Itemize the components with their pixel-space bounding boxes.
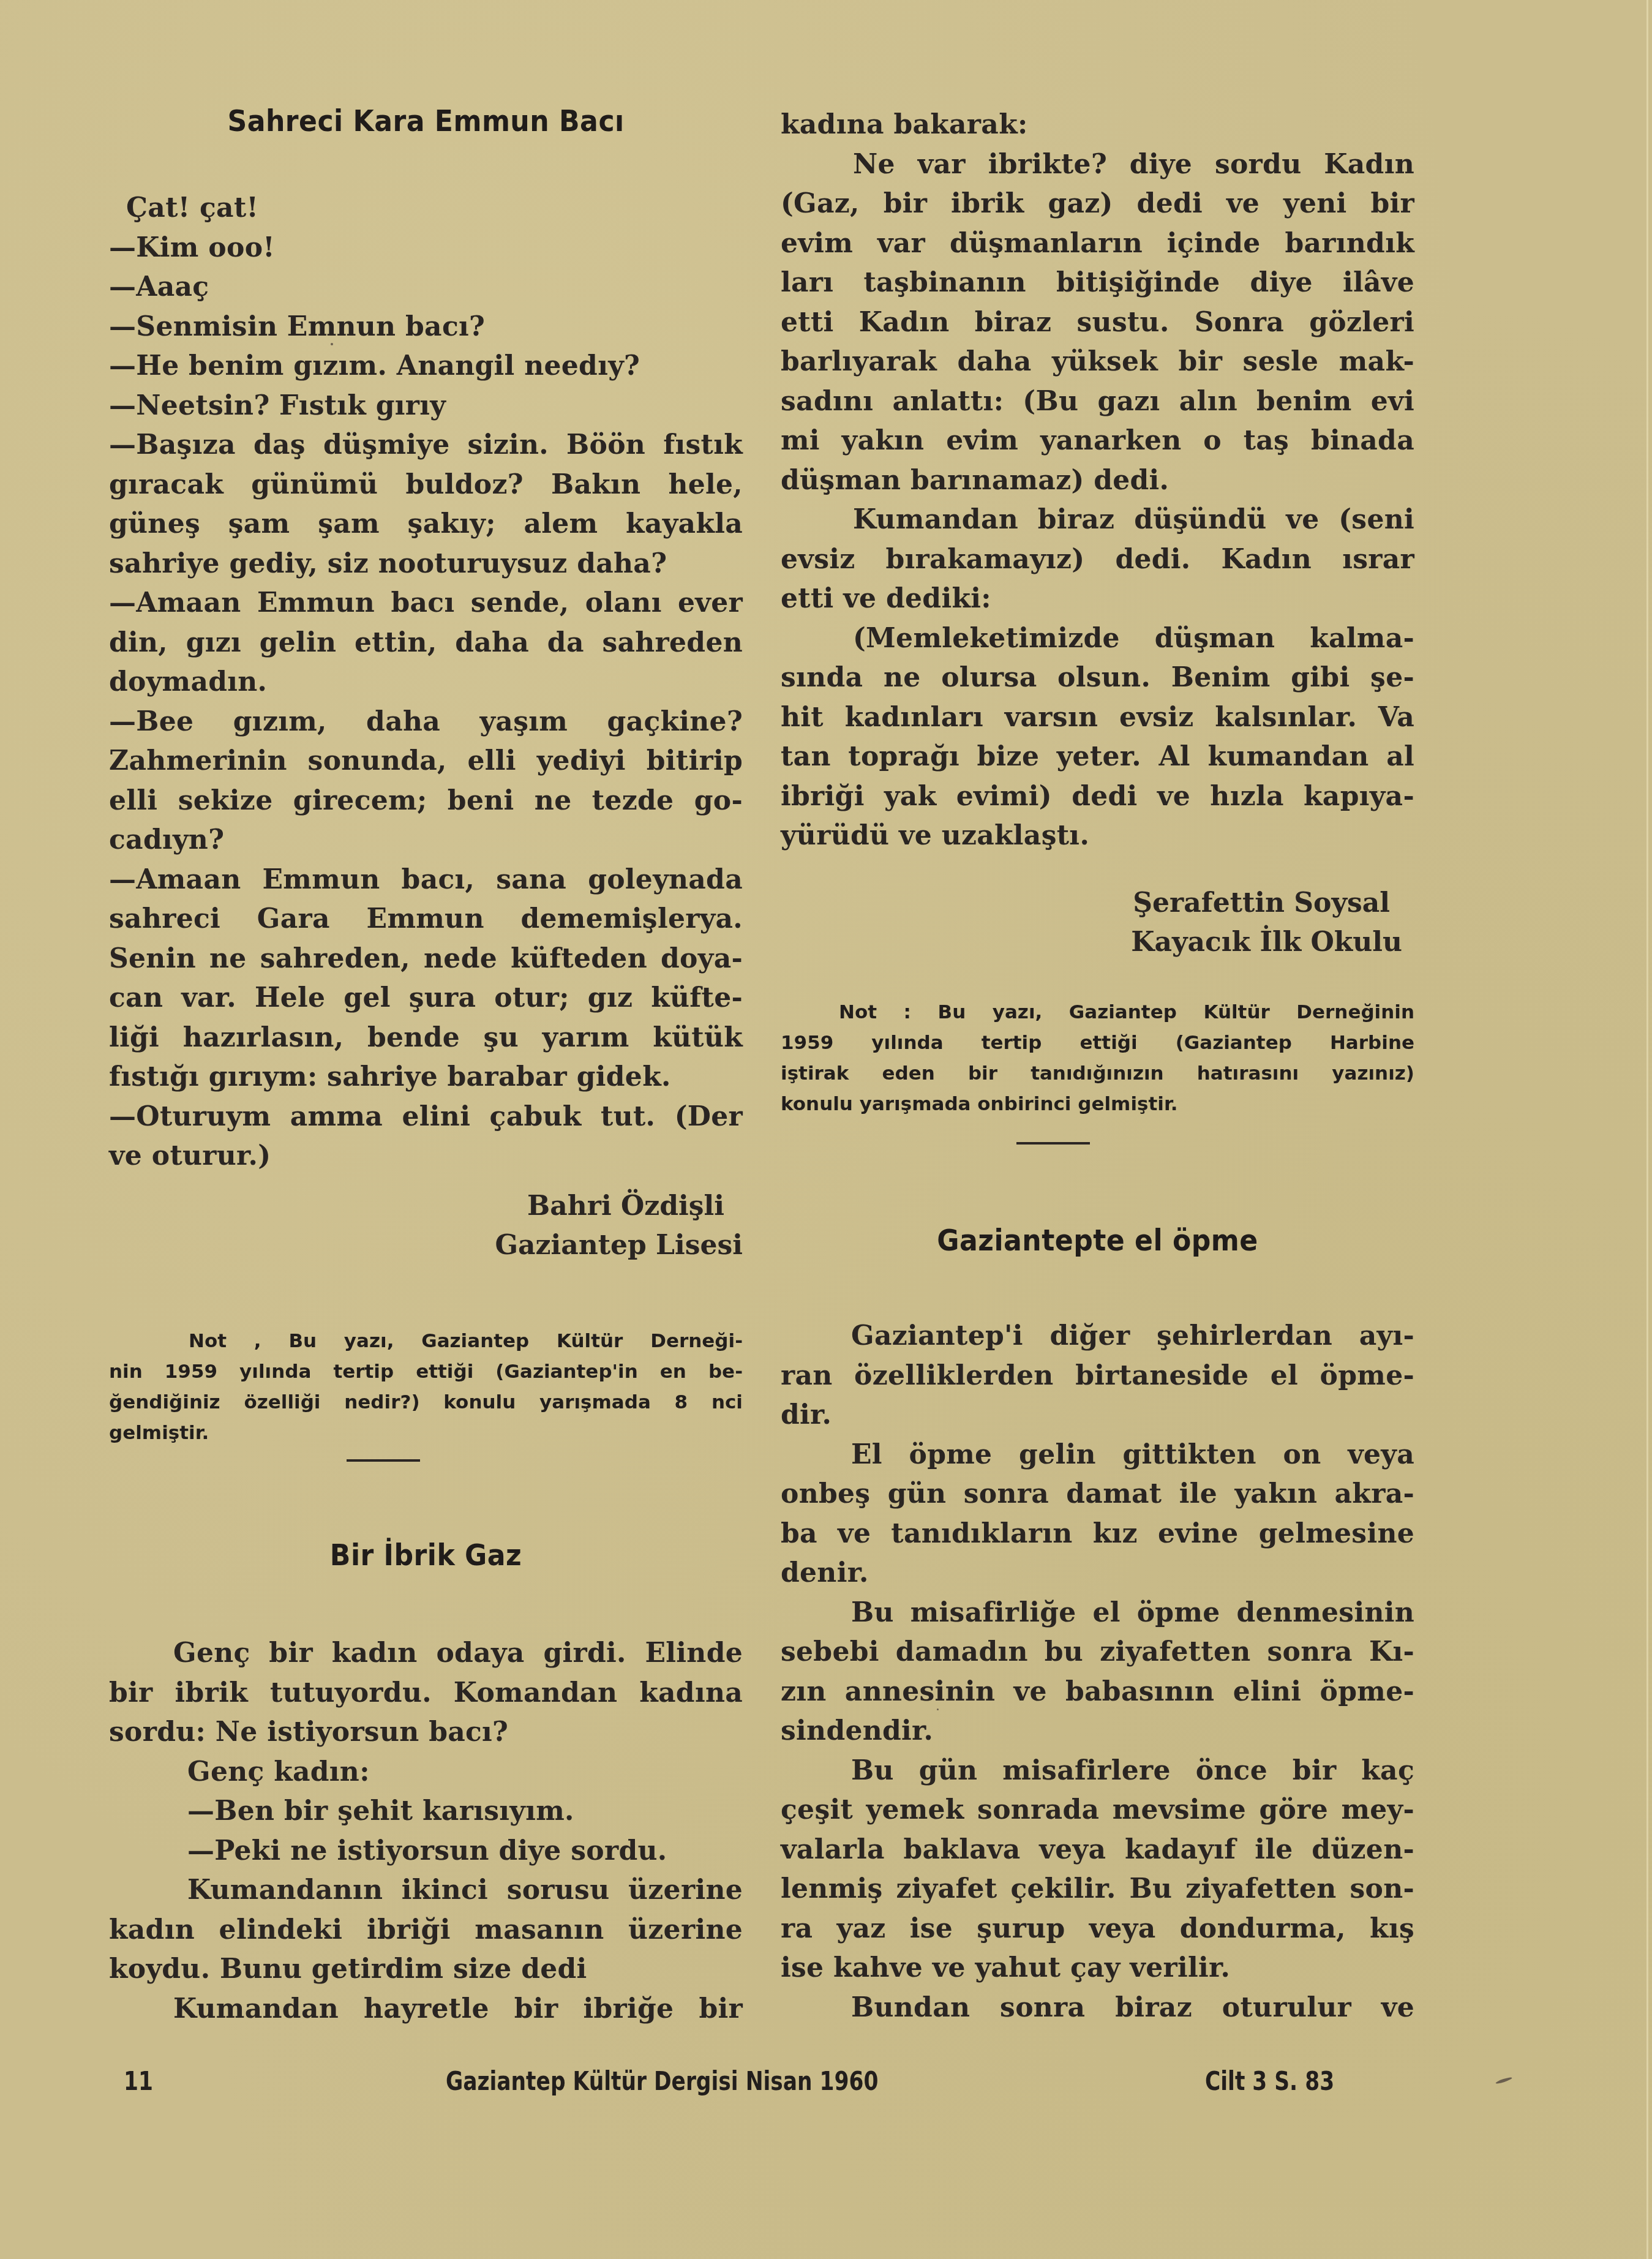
text-line: El öpme gelin gittikten on veya (781, 1435, 1414, 1475)
text-line: evim var düşmanların içinde barındık (781, 224, 1414, 264)
article-title-el-opme: Gaziantepte el öpme (806, 1223, 1389, 1258)
text-line: din, gızı gelin ettin, daha da sahreden (109, 623, 743, 663)
text-line: —He benim gızım. Anangil needıy? (109, 347, 743, 386)
article-body-sahreci: Çat! çat! —Kim ooo! —Aaaç —Senmisin Emnu… (109, 189, 743, 1176)
text-line: etti Kadın biraz sustu. Sonra gözleri (781, 303, 1414, 343)
text-line: koydu. Bunu getirdim size dedi (109, 1950, 743, 1990)
text-line: tan toprağı bize yeter. Al kumandan al (781, 737, 1414, 777)
text-line: —Aaaç (109, 268, 743, 307)
text-line: —Bee gızım, daha yaşım gaçkine? (109, 702, 743, 742)
text-line: ları taşbinanın bitişiğinde diye ilâve (781, 263, 1414, 303)
text-line: ibriği yak evimi) dedi ve hızla kapıya- (781, 777, 1414, 817)
text-line: (Memleketimizde düşman kalma- (781, 619, 1414, 659)
paper-speck (937, 1708, 939, 1710)
text-line: ise kahve ve yahut çay verilir. (781, 1949, 1414, 1988)
text-line: ra yaz ise şurup veya dondurma, kış (781, 1909, 1414, 1949)
text-line: güneş şam şam şakıy; alem kayakla (109, 505, 743, 544)
text-line: Kumandan biraz düşündü ve (seni (781, 500, 1414, 540)
author-school: Gaziantep Lisesi (109, 1226, 743, 1265)
text-line: —Peki ne istiyorsun diye sordu. (109, 1832, 743, 1871)
section-divider (1016, 1142, 1090, 1145)
text-line: Zahmerinin sonunda, elli yediyi bitirip (109, 742, 743, 781)
text-line: sahreci Gara Emmun dememişlerya. (109, 900, 743, 939)
text-line: Çat! çat! (109, 189, 743, 228)
signature-ibrik: Şerafettin Soysal Kayacık İlk Okulu (781, 884, 1414, 962)
text-line: denir. (781, 1554, 1414, 1593)
text-line: liği hazırlasın, bende şu yarım kütük (109, 1018, 743, 1058)
text-line: lenmiş ziyafet çekilir. Bu ziyafetten so… (781, 1870, 1414, 1909)
text-line: sordu: Ne istiyorsun bacı? (109, 1713, 743, 1753)
paper-speck (1495, 2077, 1512, 2084)
text-line: evsiz bırakamayız) dedi. Kadın ısrar (781, 540, 1414, 580)
text-line: onbeş gün sonra damat ile yakın akra- (781, 1475, 1414, 1514)
text-line: mi yakın evim yanarken o taş binada (781, 421, 1414, 461)
text-line: düşman barınamaz) dedi. (781, 461, 1414, 501)
text-line: sahriye gediy, siz nooturuysuz daha? (109, 544, 743, 584)
text-line: ba ve tanıdıkların kız evine gelmesine (781, 1514, 1414, 1554)
text-line: —Başıza daş düşmiye sizin. Böön fıstık (109, 426, 743, 465)
text-line: sadını anlattı: (Bu gazı alın benim evi (781, 382, 1414, 422)
article-title-sahreci: Sahreci Kara Emmun Bacı (134, 104, 717, 138)
text-line: fıstığı gırıym: sahriye barabar gidek. (109, 1058, 743, 1097)
text-line: bir ibrik tutuyordu. Komandan kadına (109, 1674, 743, 1713)
note-line: Not , Bu yazı, Gaziantep Kültür Derneği- (109, 1326, 743, 1356)
text-line: sebebi damadın bu ziyafetten sonra Kı- (781, 1633, 1414, 1672)
text-line: ran özelliklerden birtaneside el öpme- (781, 1356, 1414, 1396)
contest-note-ibrik: Not : Bu yazı, Gaziantep Kültür Derneğin… (781, 997, 1414, 1119)
text-line: etti ve dediki: (781, 579, 1414, 619)
article-body-ibrik-continued: kadına bakarak: Ne var ibrikte? diye sor… (781, 105, 1414, 856)
text-line: Kumandan hayretle bir ibriğe bir (109, 1990, 743, 2029)
text-line: Ne var ibrikte? diye sordu Kadın (781, 145, 1414, 185)
note-line: Not : Bu yazı, Gaziantep Kültür Derneğin… (781, 997, 1414, 1028)
text-line: kadına bakarak: (781, 105, 1414, 145)
text-line: valarla baklava veya kadayıf ile düzen- (781, 1830, 1414, 1870)
text-line: —Kim ooo! (109, 228, 743, 268)
text-line: barlıyarak daha yüksek bir sesle mak- (781, 342, 1414, 382)
note-line: nin 1959 yılında tertip ettiği (Gaziante… (109, 1356, 743, 1387)
signature-sahreci: Bahri Özdişli Gaziantep Lisesi (109, 1187, 743, 1265)
article-body-ibrik: Genç bir kadın odaya girdi. Elinde bir i… (109, 1634, 743, 2029)
text-line: Bu gün misafirlere önce bir kaç (781, 1751, 1414, 1791)
volume-number: Cilt 3 S. 83 (1205, 2066, 1334, 2096)
section-divider (347, 1459, 420, 1462)
text-line: gıracak günümü buldoz? Bakın hele, (109, 465, 743, 505)
text-line: Genç bir kadın odaya girdi. Elinde (109, 1634, 743, 1674)
text-line: zın annesinin ve babasının elini öpme- (781, 1672, 1414, 1712)
text-line: çeşit yemek sonrada mevsime göre mey- (781, 1791, 1414, 1830)
text-line: cadıyn? (109, 821, 743, 860)
text-line: Bundan sonra biraz oturulur ve (781, 1988, 1414, 2028)
text-line: —Amaan Emmun bacı sende, olanı ever (109, 584, 743, 623)
magazine-issue: Gaziantep Kültür Dergisi Nisan 1960 (446, 2066, 878, 2096)
note-line: iştirak eden bir tanıdığınızın hatırasın… (781, 1058, 1414, 1089)
author-school: Kayacık İlk Okulu (781, 923, 1414, 962)
page-number: 11 (124, 2066, 153, 2096)
text-line: Kumandanın ikinci sorusu üzerine (109, 1871, 743, 1911)
text-line: yürüdü ve uzaklaştı. (781, 816, 1414, 856)
text-line: hit kadınları varsın evsiz kalsınlar. Va (781, 698, 1414, 738)
text-line: can var. Hele gel şura otur; gız küfte- (109, 979, 743, 1018)
text-line: (Gaz, bir ibrik gaz) dedi ve yeni bir (781, 184, 1414, 224)
note-line: ğendiğiniz özelliği nedir?) konulu yarış… (109, 1387, 743, 1418)
text-line: —Oturuym amma elini çabuk tut. (Der (109, 1097, 743, 1137)
page-footer: 11 Gaziantep Kültür Dergisi Nisan 1960 C… (109, 2066, 1395, 2103)
text-line: doymadın. (109, 663, 743, 702)
text-line: sindendir. (781, 1712, 1414, 1751)
text-line: Genç kadın: (109, 1753, 743, 1792)
text-line: —Senmisin Emnun bacı? (109, 307, 743, 347)
text-line: dir. (781, 1396, 1414, 1435)
author-name: Bahri Özdişli (109, 1187, 743, 1226)
article-title-ibrik: Bir İbrik Gaz (134, 1538, 717, 1573)
magazine-page: Sahreci Kara Emmun Bacı Çat! çat! —Kim o… (0, 0, 1652, 2259)
text-line: elli sekize girecem; beni ne tezde go- (109, 781, 743, 821)
note-line: gelmiştir. (109, 1418, 743, 1448)
note-line: 1959 yılında tertip ettiği (Gaziantep Ha… (781, 1028, 1414, 1058)
text-line: Bu misafirliğe el öpme denmesinin (781, 1593, 1414, 1633)
text-line: —Ben bir şehit karısıyım. (109, 1792, 743, 1832)
text-line: Gaziantep'i diğer şehirlerdan ayı- (781, 1317, 1414, 1356)
text-line: —Amaan Emmun bacı, sana goleynada (109, 860, 743, 900)
page-edge (1646, 0, 1648, 2259)
paper-speck (331, 343, 333, 345)
text-line: Senin ne sahreden, nede küfteden doya- (109, 939, 743, 979)
text-line: ve oturur.) (109, 1137, 743, 1176)
text-line: kadın elindeki ibriği masanın üzerine (109, 1911, 743, 1950)
contest-note-sahreci: Not , Bu yazı, Gaziantep Kültür Derneği-… (109, 1326, 743, 1448)
text-line: —Neetsin? Fıstık gırıy (109, 386, 743, 426)
text-line: sında ne olursa olsun. Benim gibi şe- (781, 658, 1414, 698)
note-line: konulu yarışmada onbirinci gelmiştir. (781, 1089, 1414, 1119)
article-body-el-opme: Gaziantep'i diğer şehirlerdan ayı- ran ö… (781, 1317, 1414, 2028)
author-name: Şerafettin Soysal (781, 884, 1414, 923)
